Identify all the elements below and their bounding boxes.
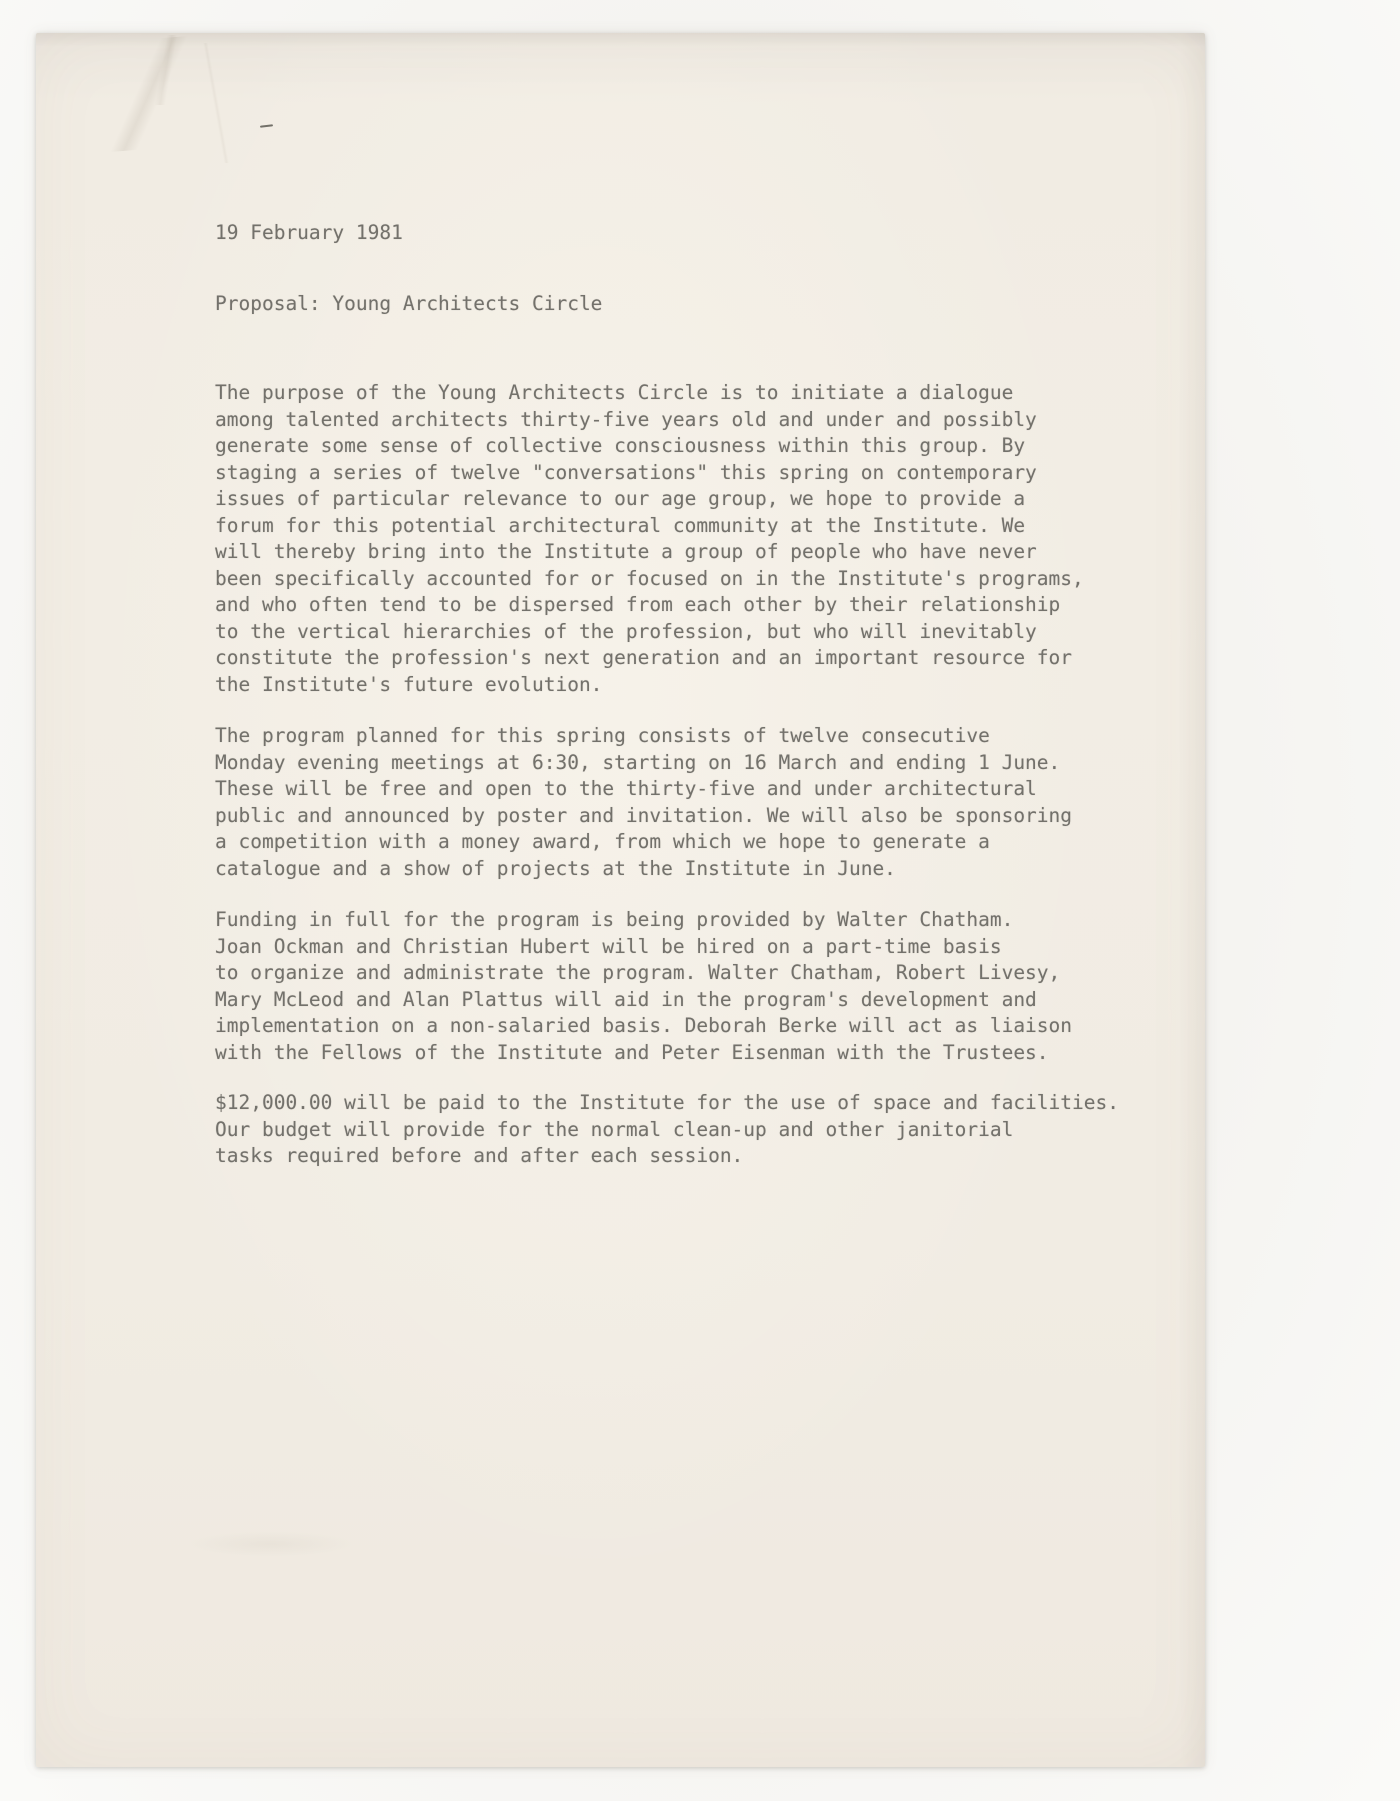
scan-background: 19 February 1981 Proposal: Young Archite… bbox=[0, 0, 1400, 1801]
document-date: 19 February 1981 bbox=[215, 220, 403, 247]
stray-pencil-mark bbox=[260, 124, 273, 128]
faint-smudge bbox=[186, 1531, 356, 1557]
paragraph-budget: $12,000.00 will be paid to the Institute… bbox=[215, 1090, 1119, 1170]
paper-crease bbox=[106, 35, 226, 105]
paragraph-program-schedule: The program planned for this spring cons… bbox=[215, 723, 1072, 882]
document-title: Proposal: Young Architects Circle bbox=[215, 291, 602, 318]
paper-crease bbox=[186, 43, 246, 163]
paper-crease bbox=[60, 33, 237, 155]
paragraph-funding-staff: Funding in full for the program is being… bbox=[215, 907, 1072, 1066]
document-page: 19 February 1981 Proposal: Young Archite… bbox=[36, 33, 1205, 1767]
paragraph-purpose: The purpose of the Young Architects Circ… bbox=[215, 380, 1084, 698]
